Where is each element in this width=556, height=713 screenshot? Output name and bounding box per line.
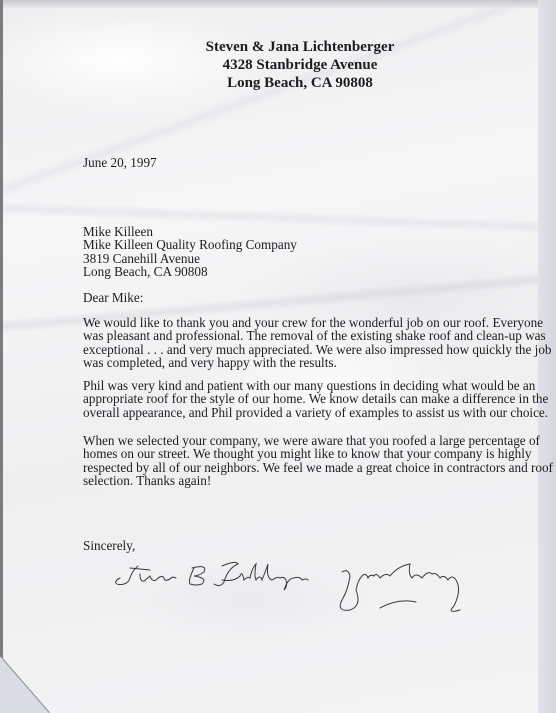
paragraph-line: was completed, and very happy with the r… bbox=[83, 356, 523, 369]
signature-jana bbox=[340, 564, 460, 611]
paragraph-line: Phil was very kind and patient with our … bbox=[83, 379, 523, 392]
paragraph-line: respected by all of our neighbors. We fe… bbox=[83, 461, 523, 474]
paragraph-line: selection. Thanks again! bbox=[83, 474, 523, 487]
paragraph-line: We would like to thank you and your crew… bbox=[83, 316, 523, 329]
recipient-address: Mike Killeen Mike Killeen Quality Roofin… bbox=[83, 225, 297, 279]
paragraph-line: homes on our street. We thought you migh… bbox=[83, 447, 523, 460]
sender-street: 4328 Stanbridge Avenue bbox=[60, 56, 540, 74]
body-paragraph: Phil was very kind and patient with our … bbox=[83, 379, 523, 419]
paragraph-line: exceptional . . . and very much apprecia… bbox=[83, 343, 523, 356]
recipient-company: Mike Killeen Quality Roofing Company bbox=[83, 238, 297, 251]
letter-content: Steven & Jana Lichtenberger 4328 Stanbri… bbox=[0, 0, 538, 713]
salutation: Dear Mike: bbox=[83, 290, 143, 306]
sender-city: Long Beach, CA 90808 bbox=[60, 74, 540, 92]
sender-name: Steven & Jana Lichtenberger bbox=[60, 38, 540, 56]
handwritten-signatures bbox=[110, 550, 480, 620]
body-paragraph: When we selected your company, we were a… bbox=[83, 434, 523, 488]
paragraph-line: appropriate roof for the style of our ho… bbox=[83, 392, 523, 405]
recipient-name: Mike Killeen bbox=[83, 225, 297, 238]
body-paragraph: We would like to thank you and your crew… bbox=[83, 316, 523, 370]
paragraph-line: overall appearance, and Phil provided a … bbox=[83, 406, 523, 419]
recipient-street: 3819 Canehill Avenue bbox=[83, 252, 297, 265]
letter-date: June 20, 1997 bbox=[83, 155, 157, 171]
signature-steven bbox=[116, 562, 308, 590]
letterhead: Steven & Jana Lichtenberger 4328 Stanbri… bbox=[0, 38, 540, 92]
recipient-city: Long Beach, CA 90808 bbox=[83, 265, 297, 278]
paragraph-line: When we selected your company, we were a… bbox=[83, 434, 523, 447]
paragraph-line: was pleasant and professional. The remov… bbox=[83, 329, 523, 342]
